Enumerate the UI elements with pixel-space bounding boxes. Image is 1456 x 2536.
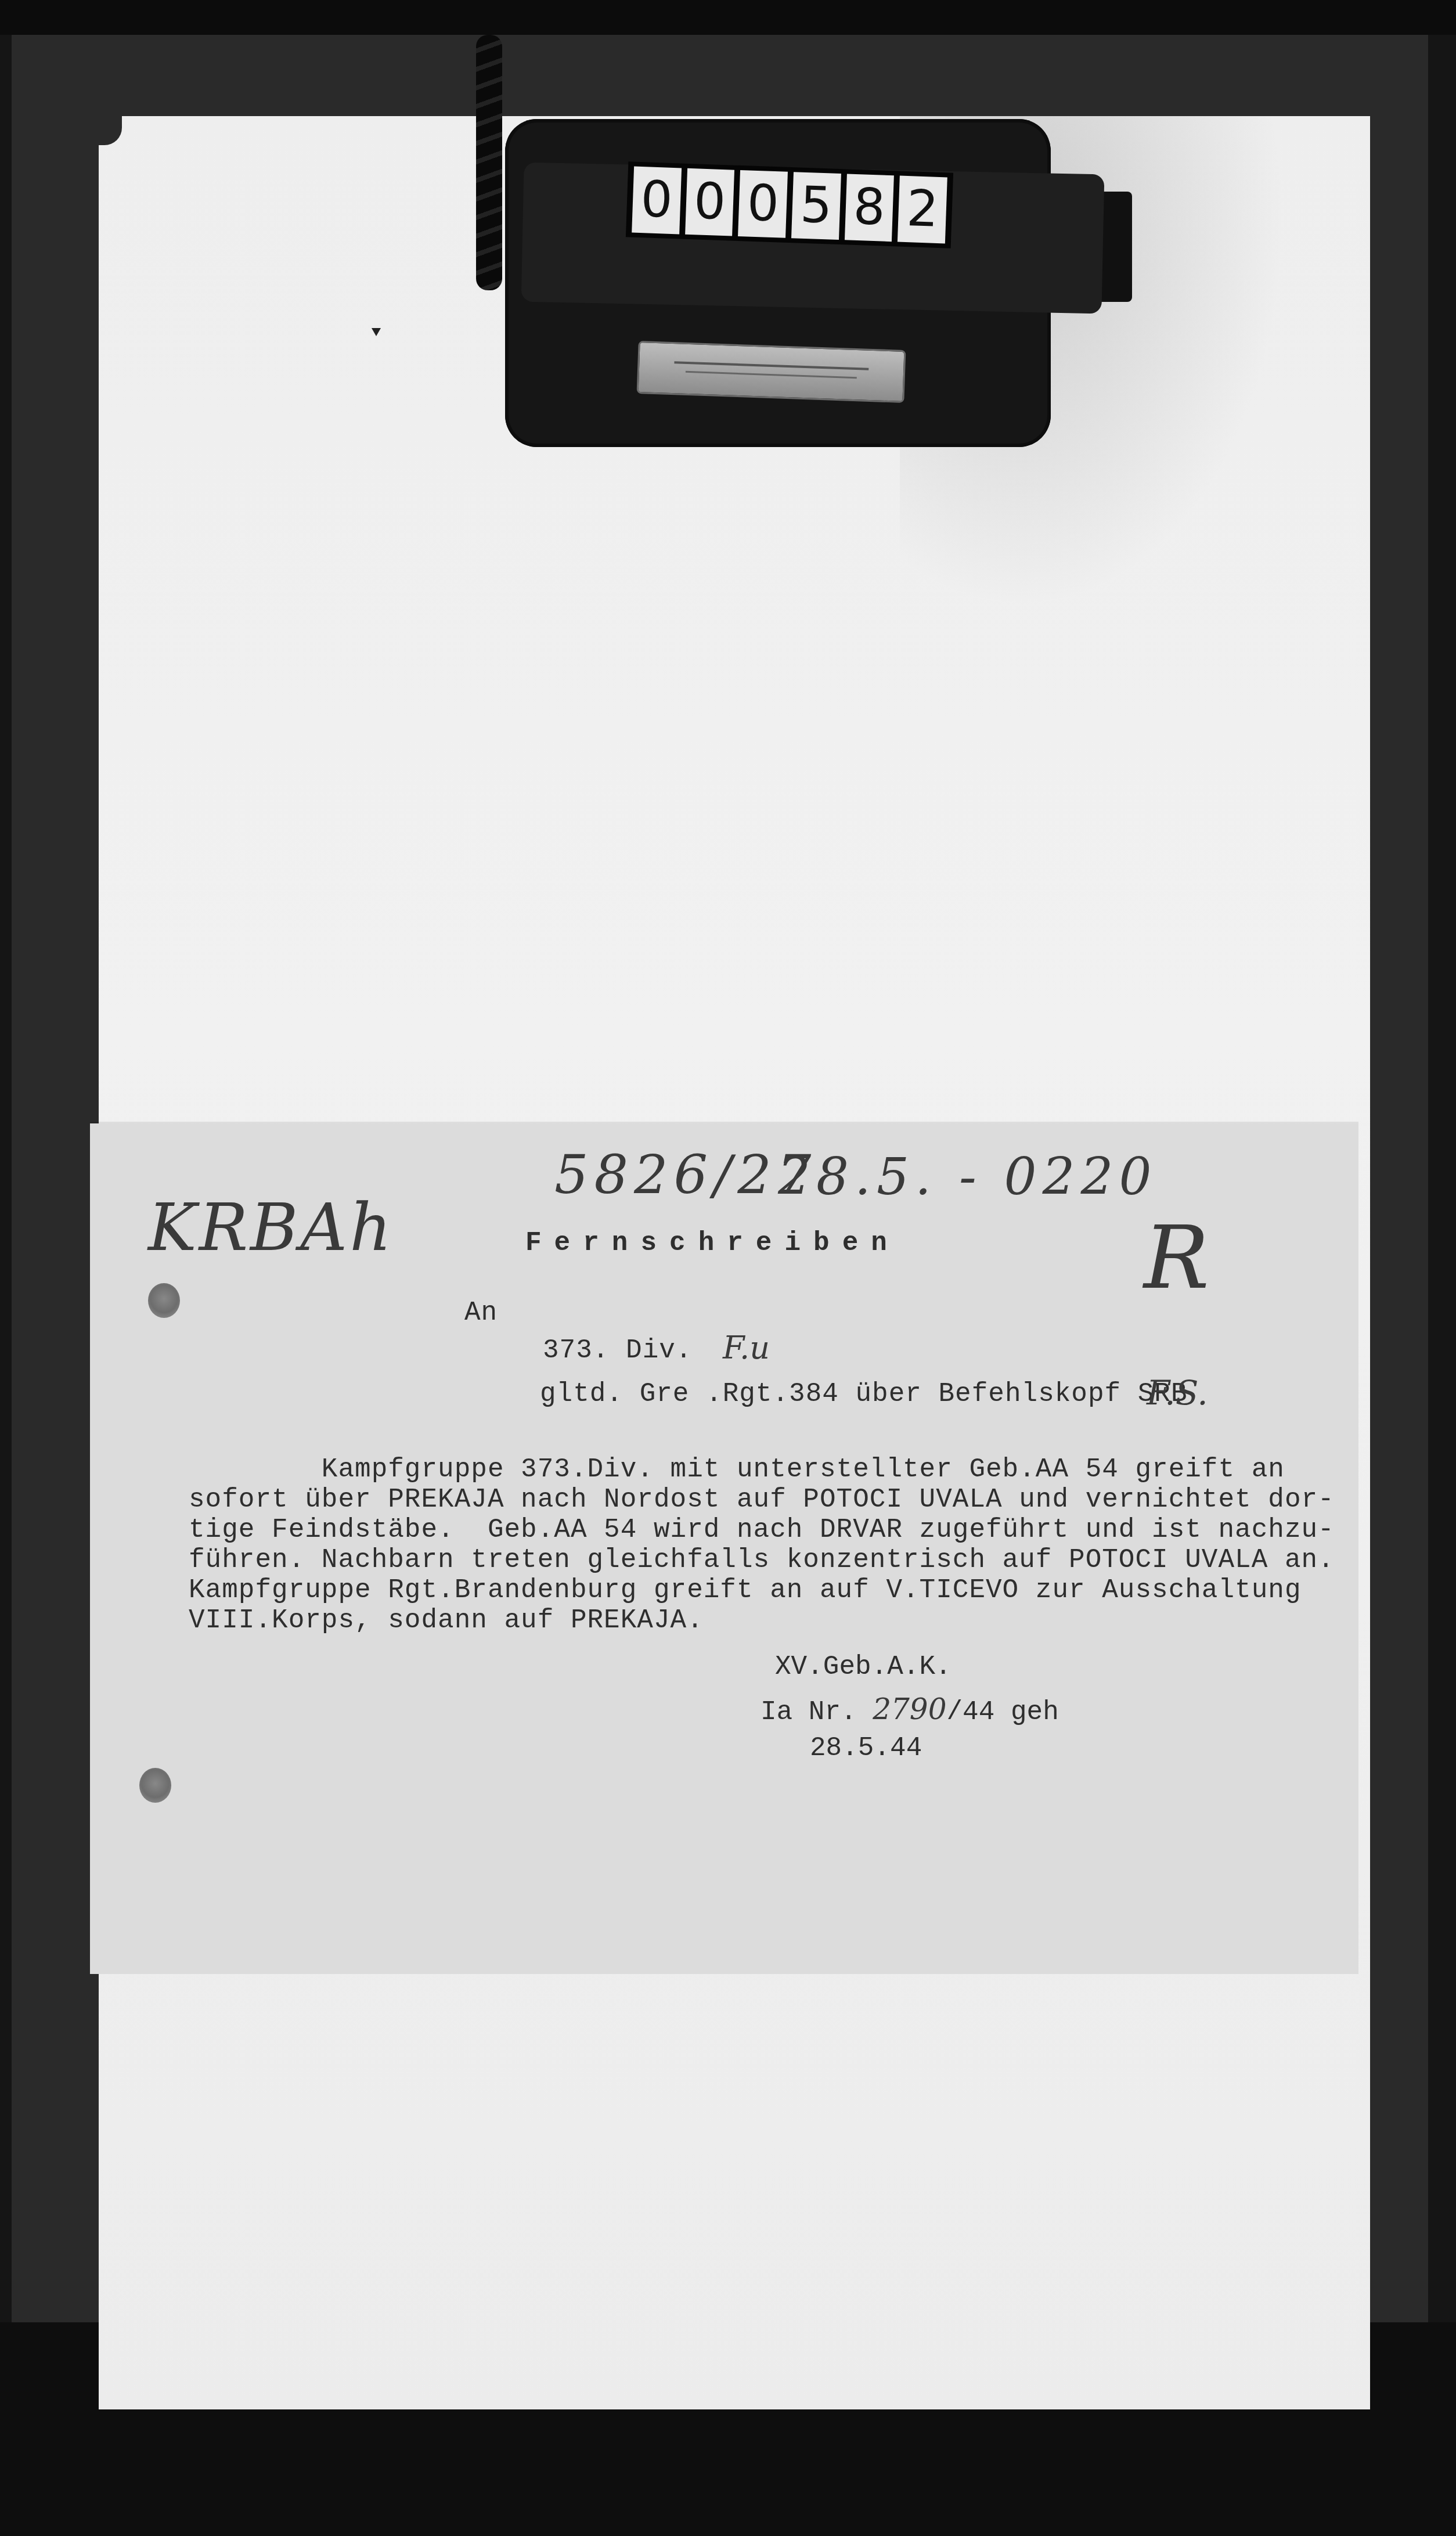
- handwritten-initial: R: [1144, 1208, 1209, 1309]
- handwritten-date-time: 28.5. - 0220: [778, 1147, 1158, 1206]
- counter-digit: 2: [898, 176, 947, 244]
- counter-digit: 0: [632, 167, 682, 235]
- punch-hole-top: [148, 1283, 180, 1318]
- counter-cable: [476, 35, 502, 290]
- reference-line: Ia Nr. 2790/44 geh: [761, 1692, 1059, 1727]
- body-line: sofort über PREKAJA nach Nordost auf POT…: [189, 1485, 1292, 1515]
- document-date: 28.5.44: [810, 1733, 922, 1763]
- counter-nameplate: [637, 341, 906, 403]
- addressee-label: An: [464, 1298, 498, 1328]
- counter-digit: 5: [791, 172, 841, 240]
- stray-mark: [372, 328, 381, 336]
- reference-suffix: /44 geh: [947, 1697, 1059, 1727]
- punch-hole-bottom: [139, 1768, 171, 1803]
- addressee-line-1: 373. Div.: [543, 1335, 692, 1366]
- counter-digit: 0: [685, 168, 735, 236]
- reference-prefix: Ia Nr.: [761, 1697, 857, 1727]
- document-title: Fernschreiben: [525, 1228, 900, 1258]
- message-body: Kampfgruppe 373.Div. mit unterstellter G…: [189, 1454, 1292, 1636]
- sender-unit: XV.Geb.A.K.: [775, 1652, 952, 1682]
- body-line: führen. Nachbarn treten gleichfalls konz…: [189, 1545, 1292, 1575]
- handwritten-mark-fs: F.S.: [1147, 1373, 1208, 1413]
- handwritten-reference-number: 2790: [873, 1692, 946, 1726]
- handwritten-note-top-left: KRBAh: [148, 1190, 394, 1266]
- film-edge-top: [0, 0, 1456, 35]
- counter-digit: 8: [845, 174, 895, 242]
- counter-digit: 0: [738, 170, 788, 238]
- body-line: tige Feindstäbe. Geb.AA 54 wird nach DRV…: [189, 1515, 1292, 1545]
- body-line: VIII.Korps, sodann auf PREKAJA.: [189, 1605, 1292, 1636]
- counter-display: 0 0 0 5 8 2: [626, 161, 953, 248]
- body-line: Kampfgruppe 373.Div. mit unterstellter G…: [189, 1454, 1292, 1485]
- body-line: Kampfgruppe Rgt.Brandenburg greift an au…: [189, 1575, 1292, 1605]
- addressee-line-2: gltd. Gre .Rgt.384 über Befehlskopf SRB: [540, 1379, 1188, 1409]
- handwritten-mark-fu: F.u: [723, 1330, 770, 1366]
